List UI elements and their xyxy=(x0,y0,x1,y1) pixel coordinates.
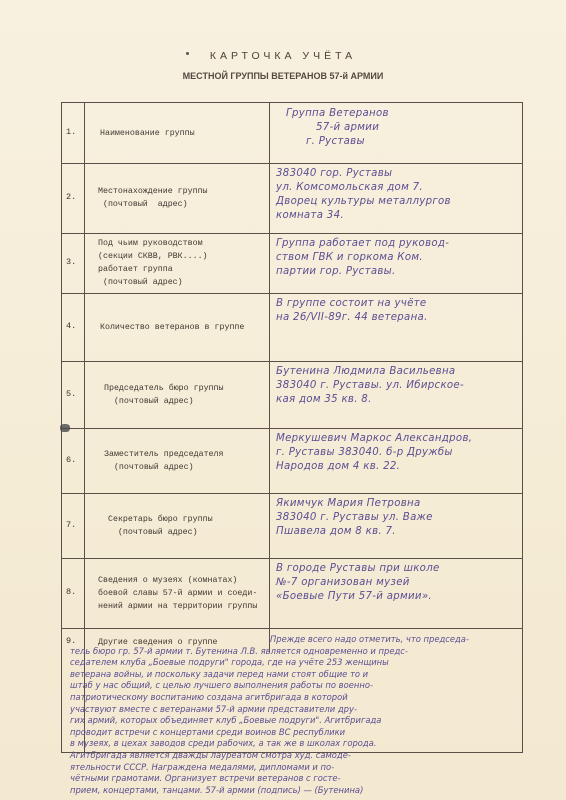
field-label: Местонахождение группы (почтовый адрес) xyxy=(98,185,208,211)
row-number: 5. xyxy=(66,389,76,399)
row-divider xyxy=(62,293,522,294)
document-title: КАРТОЧКА УЧЁТА xyxy=(0,50,566,62)
row-number: 2. xyxy=(66,192,76,202)
row-number: 1. xyxy=(66,127,76,137)
row-number: 8. xyxy=(66,587,76,597)
row-divider xyxy=(62,558,522,559)
field-label: Количество ветеранов в группе xyxy=(100,321,244,334)
field-label: Сведения о музеях (комнатах)боевой славы… xyxy=(98,574,257,613)
row-divider xyxy=(62,163,522,164)
row-number: 3. xyxy=(66,257,76,267)
row-divider xyxy=(62,628,522,629)
handwritten-value: Группа Ветеранов57-й армииг. Руставы xyxy=(276,107,389,149)
field-label: Секретарь бюро группы (почтовый адрес) xyxy=(108,513,213,539)
document-subtitle: МЕСТНОЙ ГРУППЫ ВЕТЕРАНОВ 57-й АРМИИ xyxy=(0,71,566,81)
row-divider xyxy=(62,428,522,429)
ink-smudge xyxy=(60,424,70,432)
row-divider xyxy=(62,361,522,362)
handwritten-other-info: Прежде всего надо отметить, что председа… xyxy=(70,634,469,796)
row-number: 7. xyxy=(66,520,76,530)
row-number: 4. xyxy=(66,321,76,331)
row-divider xyxy=(62,233,522,234)
handwritten-value: В группе состоит на учётена 26/VII-89г. … xyxy=(276,297,428,325)
registration-form-table: 1.Наименование группыГруппа Ветеранов57-… xyxy=(61,102,523,753)
field-label: Под чьим руководством(секции СКВВ, РВК..… xyxy=(98,237,208,289)
field-label: Наименование группы xyxy=(100,127,195,140)
handwritten-value: Бутенина Людмила Васильевна383040 г. Рус… xyxy=(276,365,464,407)
handwritten-value: Меркушевич Маркос Александров,г. Руставы… xyxy=(276,432,472,474)
column-divider-value xyxy=(269,103,270,652)
handwritten-value: Группа работает под руковод-ством ГВК и … xyxy=(276,237,449,279)
field-label: Председатель бюро группы (почтовый адрес… xyxy=(104,382,224,408)
row-divider xyxy=(62,493,522,494)
handwritten-value: 383040 гор. Руставыул. Комсомольская дом… xyxy=(276,167,451,223)
handwritten-value: Якимчук Мария Петровна383040 г. Руставы … xyxy=(276,497,433,539)
field-label: Заместитель председателя (почтовый адрес… xyxy=(104,448,224,474)
row-number: 6. xyxy=(66,455,76,465)
handwritten-value: В городе Руставы при школе№-7 организова… xyxy=(276,562,440,604)
